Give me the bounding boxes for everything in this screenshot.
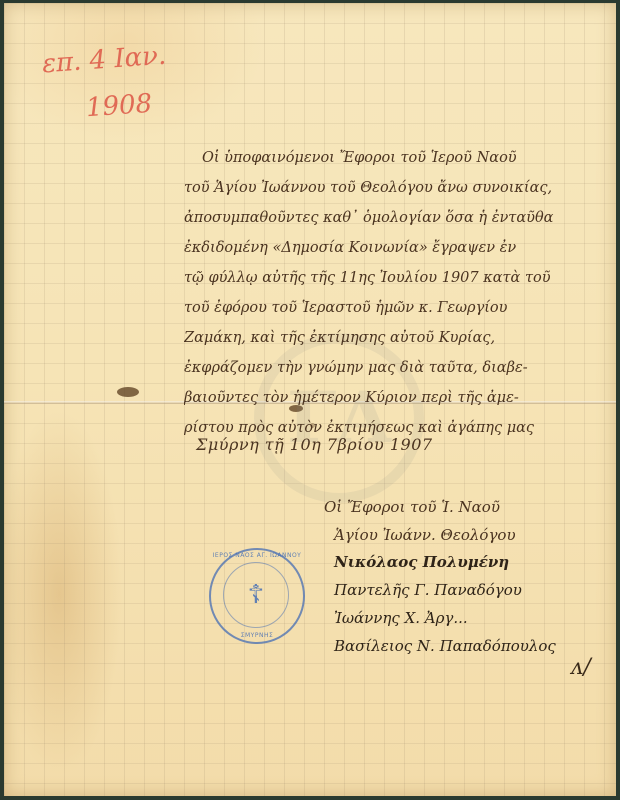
- trailing-pen-mark: ᴧ/: [571, 655, 591, 680]
- document-page: ΓΑ επ. 4 Ιαν. 1908 Οἱ ὑποφαινόμενοι Ἔφορ…: [4, 3, 616, 796]
- place-date-line: Σμύρνη τῇ 10η 7βρίου 1907: [196, 435, 433, 454]
- letter-body: Οἱ ὑποφαινόμενοι Ἔφοροι τοῦ Ἱεροῦ Ναοῦ τ…: [184, 143, 620, 443]
- closing-block: Οἱ Ἔφοροι τοῦ Ἱ. Ναοῦ Ἁγίου Ἰωάνν. Θεολό…: [324, 493, 516, 549]
- church-seal-stamp: ΙΕΡΟΣ ΝΑΟΣ ΑΓ. ΙΩΑΝΝΟΥ ☦ ΣΜΥΡΝΗΣ: [209, 548, 305, 644]
- body-line: Οἱ ὑποφαινόμενοι Ἔφοροι τοῦ Ἱεροῦ Ναοῦ: [184, 143, 620, 173]
- body-line: τῷ φύλλῳ αὐτῆς τῆς 11ης Ἰουλίου 1907 κατ…: [184, 263, 620, 293]
- ink-stain: [117, 387, 139, 397]
- body-line: ἐκφράζομεν τὴν γνώμην μας διὰ ταῦτα, δια…: [184, 353, 620, 383]
- closing-line: Ἁγίου Ἰωάνν. Θεολόγου: [324, 521, 516, 549]
- body-line: βαιοῦντες τὸν ἡμέτερον Κύριον περὶ τῆς ἀ…: [184, 383, 620, 413]
- body-line: τοῦ Ἁγίου Ἰωάννου τοῦ Θεολόγου ἄνω συνοι…: [184, 173, 620, 203]
- signatures-block: Νικόλαος Πολυμένη Παντελῆς Γ. Παναδόγου …: [334, 548, 556, 660]
- seal-top-text: ΙΕΡΟΣ ΝΑΟΣ ΑΓ. ΙΩΑΝΝΟΥ: [211, 552, 303, 559]
- pencil-annotation-year: 1908: [85, 89, 153, 124]
- body-line: ἐκδιδομένη «Δημοσία Κοινωνία» ἔγραψεν ἐν: [184, 233, 620, 263]
- body-line: Ζαμάκη, καὶ τῆς ἐκτίμησης αὐτοῦ Κυρίας,: [184, 323, 620, 353]
- body-line: τοῦ ἐφόρου τοῦ Ἱεραστοῦ ἡμῶν κ. Γεωργίου: [184, 293, 620, 323]
- closing-line: Οἱ Ἔφοροι τοῦ Ἱ. Ναοῦ: [324, 493, 516, 521]
- signature: Βασίλειος Ν. Παπαδόπουλος: [334, 632, 556, 660]
- seal-bottom-text: ΣΜΥΡΝΗΣ: [211, 632, 303, 639]
- signature: Ἰωάννης Χ. Ἀργ...: [334, 604, 556, 632]
- signature: Παντελῆς Γ. Παναδόγου: [334, 576, 556, 604]
- saint-figure-icon: ☦: [223, 562, 289, 628]
- body-line: ἀποσυμπαθοῦντες καθ᾽ ὁμολογίαν ὅσα ἡ ἐντ…: [184, 203, 620, 233]
- signature: Νικόλαος Πολυμένη: [334, 548, 556, 576]
